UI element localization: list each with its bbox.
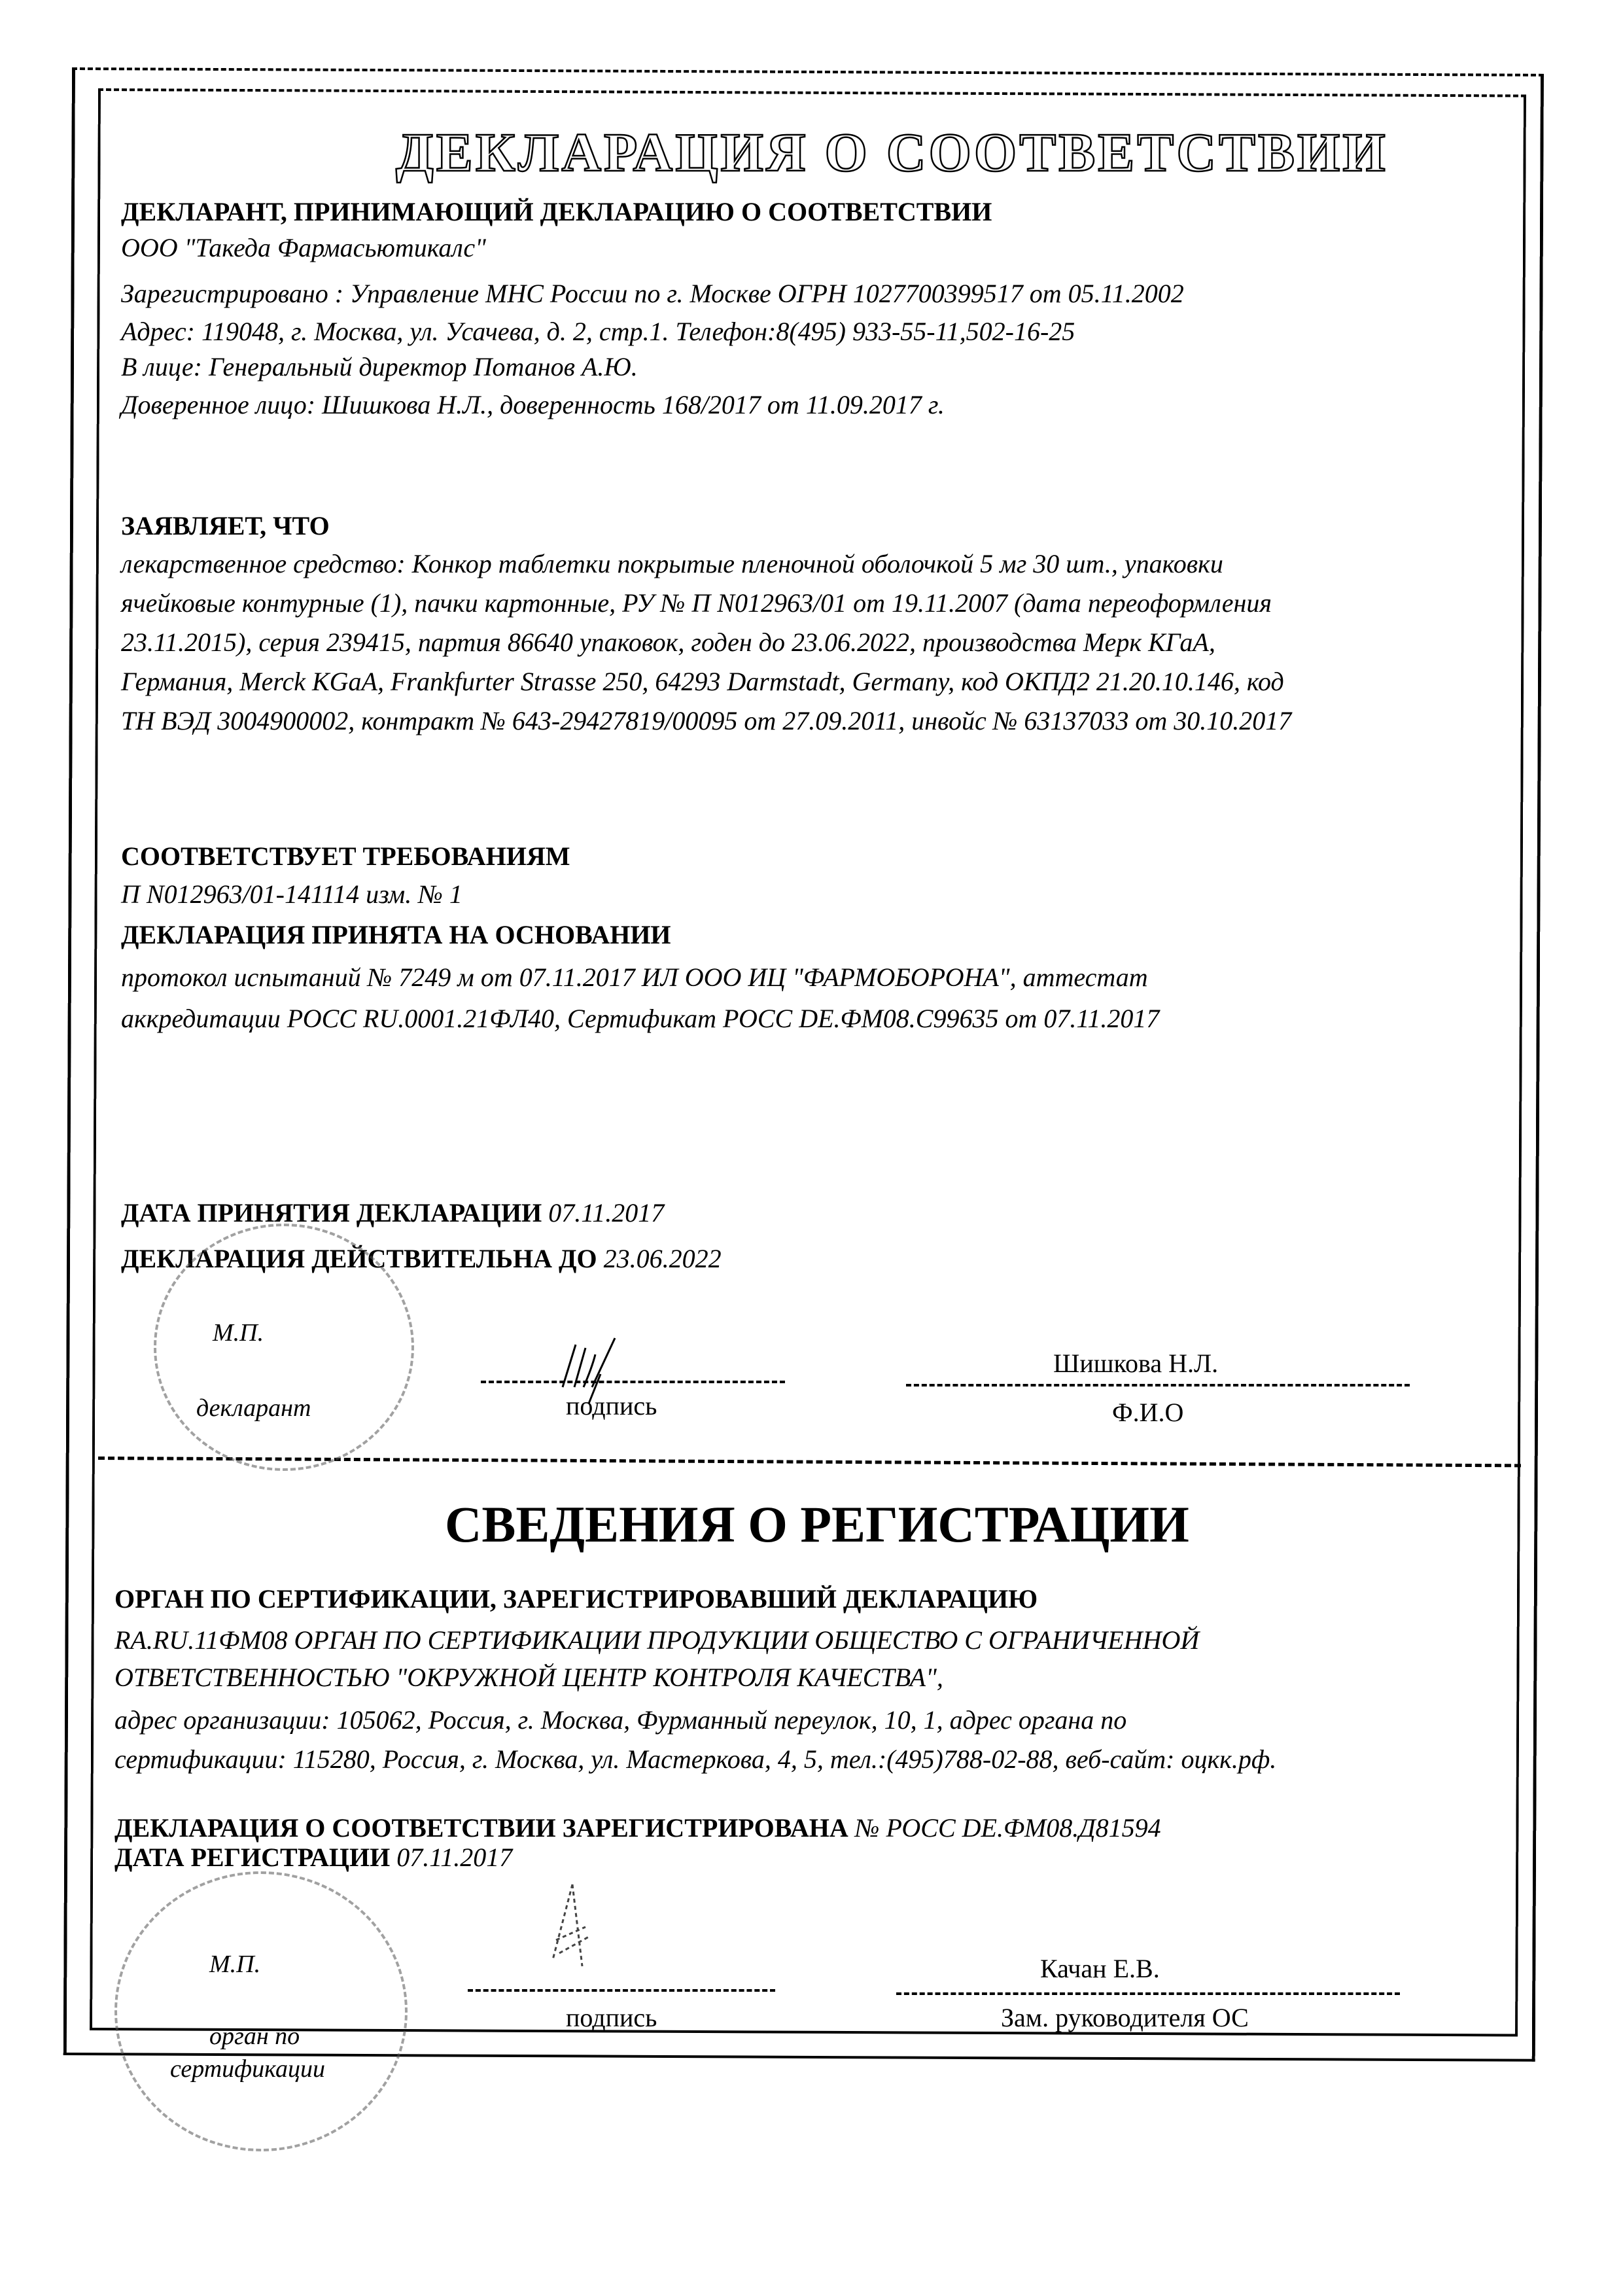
declarant-stamp [154,1224,414,1471]
basis-heading: ДЕКЛАРАЦИЯ ПРИНЯТА НА ОСНОВАНИИ [121,919,671,950]
registration-signer-name: Качан Е.В. [1040,1953,1160,1984]
document-title: ДЕКЛАРАЦИЯ О СООТВЕТСТВИИ [396,121,1388,185]
statement-line: ячейковые контурные (1), пачки картонные… [121,588,1272,618]
declarant-address: Адрес: 119048, г. Москва, ул. Усачева, д… [121,316,1075,347]
registration-number-label: ДЕКЛАРАЦИЯ О СООТВЕТСТВИИ ЗАРЕГИСТРИРОВА… [114,1813,848,1843]
registration-signature-mark [533,1881,612,1973]
statement-line: лекарственное средство: Конкор таблетки … [121,548,1223,579]
declarant-heading: ДЕКЛАРАНТ, ПРИНИМАЮЩИЙ ДЕКЛАРАЦИЮ О СООТ… [121,196,992,227]
registration-stamp-caption-1: орган по [209,2022,300,2051]
statement-line: 23.11.2015), серия 239415, партия 86640 … [121,627,1215,658]
declarant-registration: Зарегистрировано : Управление МНС России… [121,278,1184,309]
declarant-signature-caption: подпись [566,1390,657,1421]
declarant-name-caption: Ф.И.О [1112,1397,1183,1428]
statement-line: ТН ВЭД 3004900002, контракт № 643-294278… [121,705,1291,736]
registration-body-line: адрес организации: 105062, Россия, г. Мо… [114,1704,1126,1735]
statement-line: Германия, Merck KGaA, Frankfurter Strass… [121,666,1284,697]
registration-signer-title: Зам. руководителя ОС [1001,2002,1249,2033]
registration-body-line: сертификации: 115280, Россия, г. Москва,… [114,1744,1276,1775]
registration-signature-caption: подпись [566,2002,657,2033]
registration-number: ДЕКЛАРАЦИЯ О СООТВЕТСТВИИ ЗАРЕГИСТРИРОВА… [114,1812,1161,1843]
registration-title: СВЕДЕНИЯ О РЕГИСТРАЦИИ [445,1495,1189,1554]
registration-date-value: 07.11.2017 [396,1843,512,1872]
registration-stamp-caption-2: сертификации [170,2055,325,2083]
registration-body-line: RA.RU.11ФМ08 ОРГАН ПО СЕРТИФИКАЦИИ ПРОДУ… [114,1625,1199,1655]
declarant-stamp-mark: М.П. [213,1318,264,1347]
declarant-signature-line [481,1381,785,1383]
declarant-name-line [906,1384,1410,1386]
conformity-heading: СООТВЕТСТВУЕТ ТРЕБОВАНИЯМ [121,841,570,872]
registration-body-heading: ОРГАН ПО СЕРТИФИКАЦИИ, ЗАРЕГИСТРИРОВАВШИ… [114,1583,1038,1614]
registration-number-value: № РОСС DE.ФМ08.Д81594 [855,1813,1161,1843]
declarant-represented-by: В лице: Генеральный директор Потанов А.Ю… [121,351,638,382]
registration-date-label: ДАТА РЕГИСТРАЦИИ [114,1843,390,1872]
conformity-value: П N012963/01-141114 изм. № 1 [121,879,462,910]
registration-signature-line [468,1989,775,1992]
acceptance-date-label: ДАТА ПРИНЯТИЯ ДЕКЛАРАЦИИ [121,1198,542,1227]
registration-date: ДАТА РЕГИСТРАЦИИ 07.11.2017 [114,1842,512,1873]
declarant-company: ООО "Такеда Фармасьютикалс" [121,232,486,263]
registration-signer-line [896,1992,1400,1995]
declarant-name: Шишкова Н.Л. [1053,1348,1218,1379]
statement-heading: ЗАЯВЛЯЕТ, ЧТО [121,510,330,541]
valid-until-value: 23.06.2022 [604,1244,722,1273]
registration-stamp-mark: М.П. [209,1950,260,1979]
basis-line: протокол испытаний № 7249 м от 07.11.201… [121,962,1148,993]
declarant-proxy: Доверенное лицо: Шишкова Н.Л., доверенно… [121,389,945,420]
acceptance-date-value: 07.11.2017 [548,1198,664,1227]
declarant-stamp-caption: декларант [196,1394,311,1422]
acceptance-date: ДАТА ПРИНЯТИЯ ДЕКЛАРАЦИИ 07.11.2017 [121,1197,664,1228]
registration-stamp [114,1871,408,2151]
basis-line: аккредитации РОСС RU.0001.21ФЛ40, Сертиф… [121,1003,1159,1034]
registration-body-line: ОТВЕТСТВЕННОСТЬЮ "ОКРУЖНОЙ ЦЕНТР КОНТРОЛ… [114,1662,943,1693]
